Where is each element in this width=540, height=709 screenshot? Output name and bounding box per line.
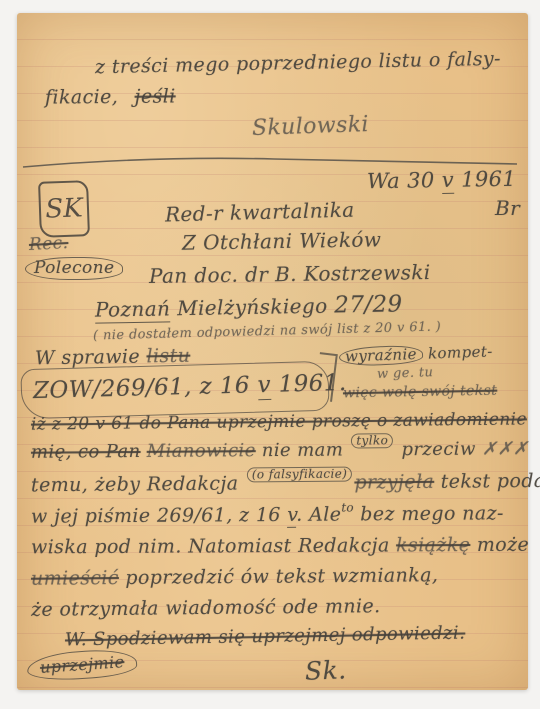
dateline-roman-month: v [442, 168, 455, 194]
body-line2: mię, co Pan Mianowicie nie mam tylko prz… [31, 439, 528, 462]
body-struck2a: mię, co Pan [31, 441, 141, 463]
closing-struck-line: W. Spodziewam się uprzejmej odpowiedzi. [65, 624, 466, 651]
addressee-name: Pan doc. dr B. Kostrzewski [149, 261, 431, 287]
addressee-address: Poznań Mielżyńskiego 27/29 [95, 292, 403, 323]
top-note-line2: fikacie, jeśli [45, 86, 176, 108]
body-insert3: (o falsyfikacie) [247, 467, 353, 483]
body-line3b: tekst podany [434, 470, 540, 493]
sk-stamp-initials: SK [45, 193, 83, 224]
body-line6: umieścić poprzedzić ów tekst wzmianką, [31, 565, 439, 589]
body-plain2a: nie mam [256, 440, 350, 462]
margin-struck-word: Rec. [29, 234, 69, 255]
body-line4: w jej piśmie 269/61, z 16 v. Aleto bez m… [31, 503, 504, 527]
body-line4c: bez mego naz- [354, 502, 504, 525]
dateline-year: 1961 [454, 167, 517, 192]
body-struck6: umieścić [31, 567, 119, 590]
closing-circled-text: uprzejmie [26, 647, 138, 682]
side-note-line1: wyraźnie kompet- [339, 342, 493, 366]
address-city: Poznań [95, 296, 171, 323]
top-note-line2-struck: jeśli [135, 85, 176, 107]
signature-initials: Sk. [305, 656, 347, 685]
registered-mark-text: Polecone [25, 257, 123, 280]
body-line5b: może [470, 534, 529, 556]
body-struck3: przyjęła [354, 471, 434, 494]
body-struck-line1: iż z 20 v 61 do Pana uprzejmie proszę o … [31, 410, 527, 434]
previous-signature: Skulowski [252, 113, 370, 141]
top-note-line2-text: fikacie, [45, 86, 118, 109]
address-number: 27/29 [334, 291, 403, 318]
body-line4a: w jej piśmie 269/61, z 16 [31, 504, 287, 528]
body-line3a: temu, żeby Redakcja [31, 472, 245, 496]
body-struck2b: Mianowicie [147, 440, 256, 462]
letter-paper: z treści mego poprzedniego listu o falsy… [17, 13, 528, 690]
body-plain2b: przeciw [395, 439, 482, 461]
closing-circled-word: uprzejmie [27, 651, 137, 679]
body-line6-text: poprzedzić ów tekst wzmianką, [119, 564, 439, 589]
reference-roman: v [257, 372, 271, 400]
top-note-line1: z treści mego poprzedniego listu o falsy… [95, 49, 501, 78]
reference-text: ZOW/269/61, z 16 [33, 372, 258, 404]
dateline-place: Wa 30 [367, 168, 442, 193]
body-line4b: . Ale [296, 503, 341, 525]
side-note-after: kompet- [423, 342, 493, 362]
registered-mark: Polecone [25, 257, 123, 280]
side-note-struck: więc wolę swój tekst [343, 384, 498, 402]
side-note-circled: wyraźnie [339, 345, 423, 366]
body-struck5: książkę [396, 534, 470, 556]
body-circled-tylko: tylko [351, 433, 393, 448]
address-street: Mielżyńskiego [170, 294, 334, 321]
body-scribble: ✗✗✗ [482, 438, 529, 459]
dateline: Wa 30 v 1961 [367, 168, 517, 194]
addressee-role: Red-r kwartalnika [165, 199, 355, 226]
journal-title: Z Otchłani Wieków [182, 228, 382, 253]
corner-note: Br [495, 197, 520, 219]
scanned-letter-page: { "scan": { "paper_color": "#e8c088", "p… [0, 0, 540, 709]
side-note-insert: w ge. tu [377, 366, 434, 382]
body-line5a: wiska pod nim. Natomiast Redakcja [31, 534, 396, 558]
interline-note: ( nie dostałem odpowiedzi na swój list z… [93, 320, 442, 343]
sk-stamp-box: SK [38, 180, 90, 238]
body-line7: że otrzymała wiadomość ode mnie. [31, 596, 381, 621]
body-line5: wiska pod nim. Natomiast Redakcja książk… [31, 535, 529, 558]
body-line3: temu, żeby Redakcja (o falsyfikacie)przy… [31, 471, 540, 497]
body-sup4: to [341, 501, 354, 514]
body-line4-roman: v [287, 504, 296, 528]
